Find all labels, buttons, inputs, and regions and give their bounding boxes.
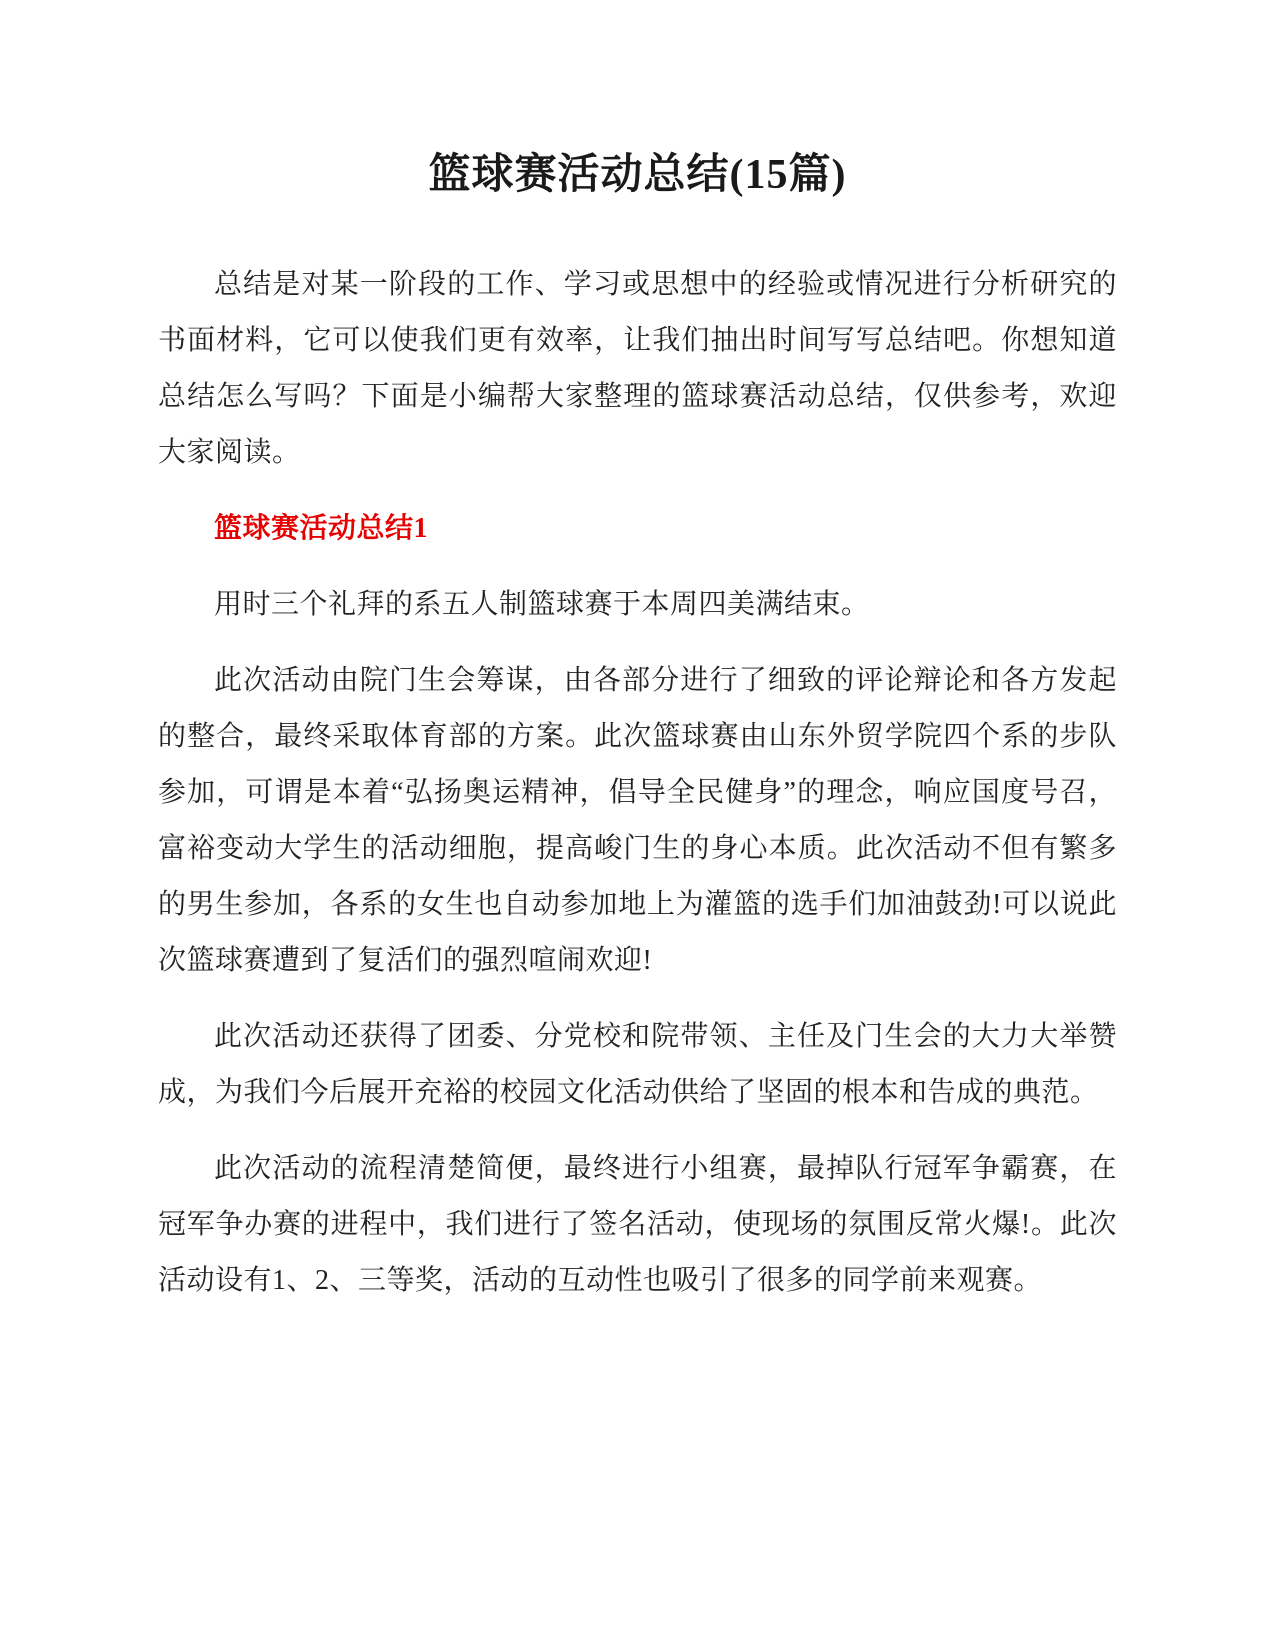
section-heading: 篮球赛活动总结1 — [158, 501, 1117, 557]
body-paragraph-4: 此次活动的流程清楚简便，最终进行小组赛，最掉队行冠军争霸赛，在冠军争办赛的进程中… — [158, 1141, 1117, 1309]
document-title: 篮球赛活动总结(15篇) — [158, 148, 1117, 203]
body-paragraph-2: 此次活动由院门生会筹谋，由各部分进行了细致的评论辩论和各方发起的整合，最终采取体… — [158, 653, 1117, 989]
body-paragraph-3: 此次活动还获得了团委、分党校和院带领、主任及门生会的大力大举赞成，为我们今后展开… — [158, 1009, 1117, 1121]
intro-paragraph: 总结是对某一阶段的工作、学习或思想中的经验或情况进行分析研究的书面材料，它可以使… — [158, 257, 1117, 481]
document-page: 篮球赛活动总结(15篇) 总结是对某一阶段的工作、学习或思想中的经验或情况进行分… — [0, 0, 1275, 1650]
body-paragraph-1: 用时三个礼拜的系五人制篮球赛于本周四美满结束。 — [158, 577, 1117, 633]
